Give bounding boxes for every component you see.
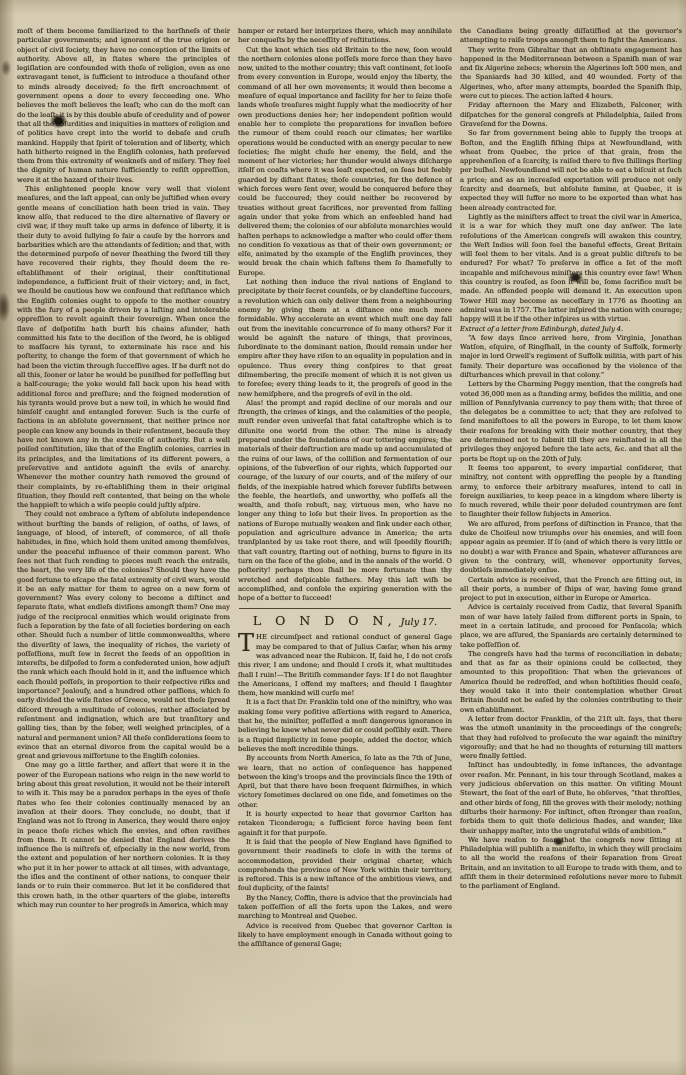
paragraph: It is a fact that Dr. Franklin told one …	[238, 698, 452, 754]
paragraph: Let nothing then induce the rival nation…	[238, 278, 452, 399]
paragraph: the Canadians being greatly diſſatiſfied…	[460, 27, 682, 46]
paragraph: This enlightened people know very well t…	[17, 185, 230, 510]
paragraph: moſt of them become familiarized to the …	[17, 27, 230, 185]
paragraph: Inſtinct has undoubtedly, in ſome inſtan…	[460, 761, 682, 835]
column-right: the Canadians being greatly diſſatiſfied…	[460, 27, 682, 1049]
dateline-city: L O N D O N,	[253, 613, 397, 628]
paragraph: By accounts from North America, ſo late …	[238, 754, 452, 810]
paragraph: So far from government being able to ſup…	[460, 129, 682, 213]
letter-extract-heading: Extract of a letter from Edinburgh, date…	[460, 325, 682, 334]
paragraph: Cut the knot which ties old Britain to t…	[238, 46, 452, 278]
paragraph: Certain advice is received, that the Fre…	[460, 576, 682, 604]
paragraph: hamper or retard her interprizes there, …	[238, 27, 452, 46]
paragraph: They write from Gibraltar that an obſtin…	[460, 46, 682, 102]
dateline-heading: L O N D O N, July 17.	[238, 612, 452, 630]
paragraph-text: HE circumſpect and rational conduct of g…	[238, 633, 452, 697]
paragraph: They could not embrace a ſyſtem of abſol…	[17, 510, 230, 761]
column-middle: hamper or retard her interprizes there, …	[238, 27, 452, 1049]
newspaper-page: moſt of them become familiarized to the …	[0, 0, 686, 1075]
drop-cap: T	[238, 633, 256, 652]
paragraph: A letter from doctor Franklin, of the 21…	[460, 715, 682, 761]
paragraph: It is hourly expected to hear that gover…	[238, 810, 452, 838]
paragraph: The congreſs have had the terms of recon…	[460, 650, 682, 715]
column-left: moſt of them become familiarized to the …	[17, 27, 230, 1049]
paragraph: One may go a little farther, and aſſert …	[17, 761, 230, 910]
paragraph: THE circumſpect and rational conduct of …	[238, 633, 452, 698]
paragraph: “A few days ſince arrived here, from Vir…	[460, 334, 682, 380]
text-columns: moſt of them become familiarized to the …	[17, 27, 682, 1049]
dateline-date: July 17.	[401, 617, 437, 628]
paragraph: We have reaſon to fear that the congreſs…	[460, 836, 682, 892]
paragraph: It ſeems too apparent, to every impartia…	[460, 464, 682, 520]
ink-smudge	[1, 60, 11, 76]
paragraph: Advice is received from Quebec that gove…	[238, 922, 452, 950]
section-rule	[239, 608, 451, 609]
paragraph: We are aſſured, from perſons of diſtinct…	[460, 520, 682, 576]
paragraph: Advice is certainly received from Cadiz,…	[460, 603, 682, 649]
paragraph: Letters by the Charming Peggy mention, t…	[460, 380, 682, 464]
ink-smudge	[0, 292, 10, 322]
paragraph: It is ſaid that the people of New Englan…	[238, 838, 452, 894]
paragraph: By the Nancy, Coffin, there is advice th…	[238, 894, 452, 922]
paragraph: Friday afternoon the Mary and Elizabeth,…	[460, 101, 682, 129]
paragraph: Alas! the prompt and rapid decline of ou…	[238, 399, 452, 604]
paragraph: Lightly as the miniſters affect to treat…	[460, 213, 682, 325]
